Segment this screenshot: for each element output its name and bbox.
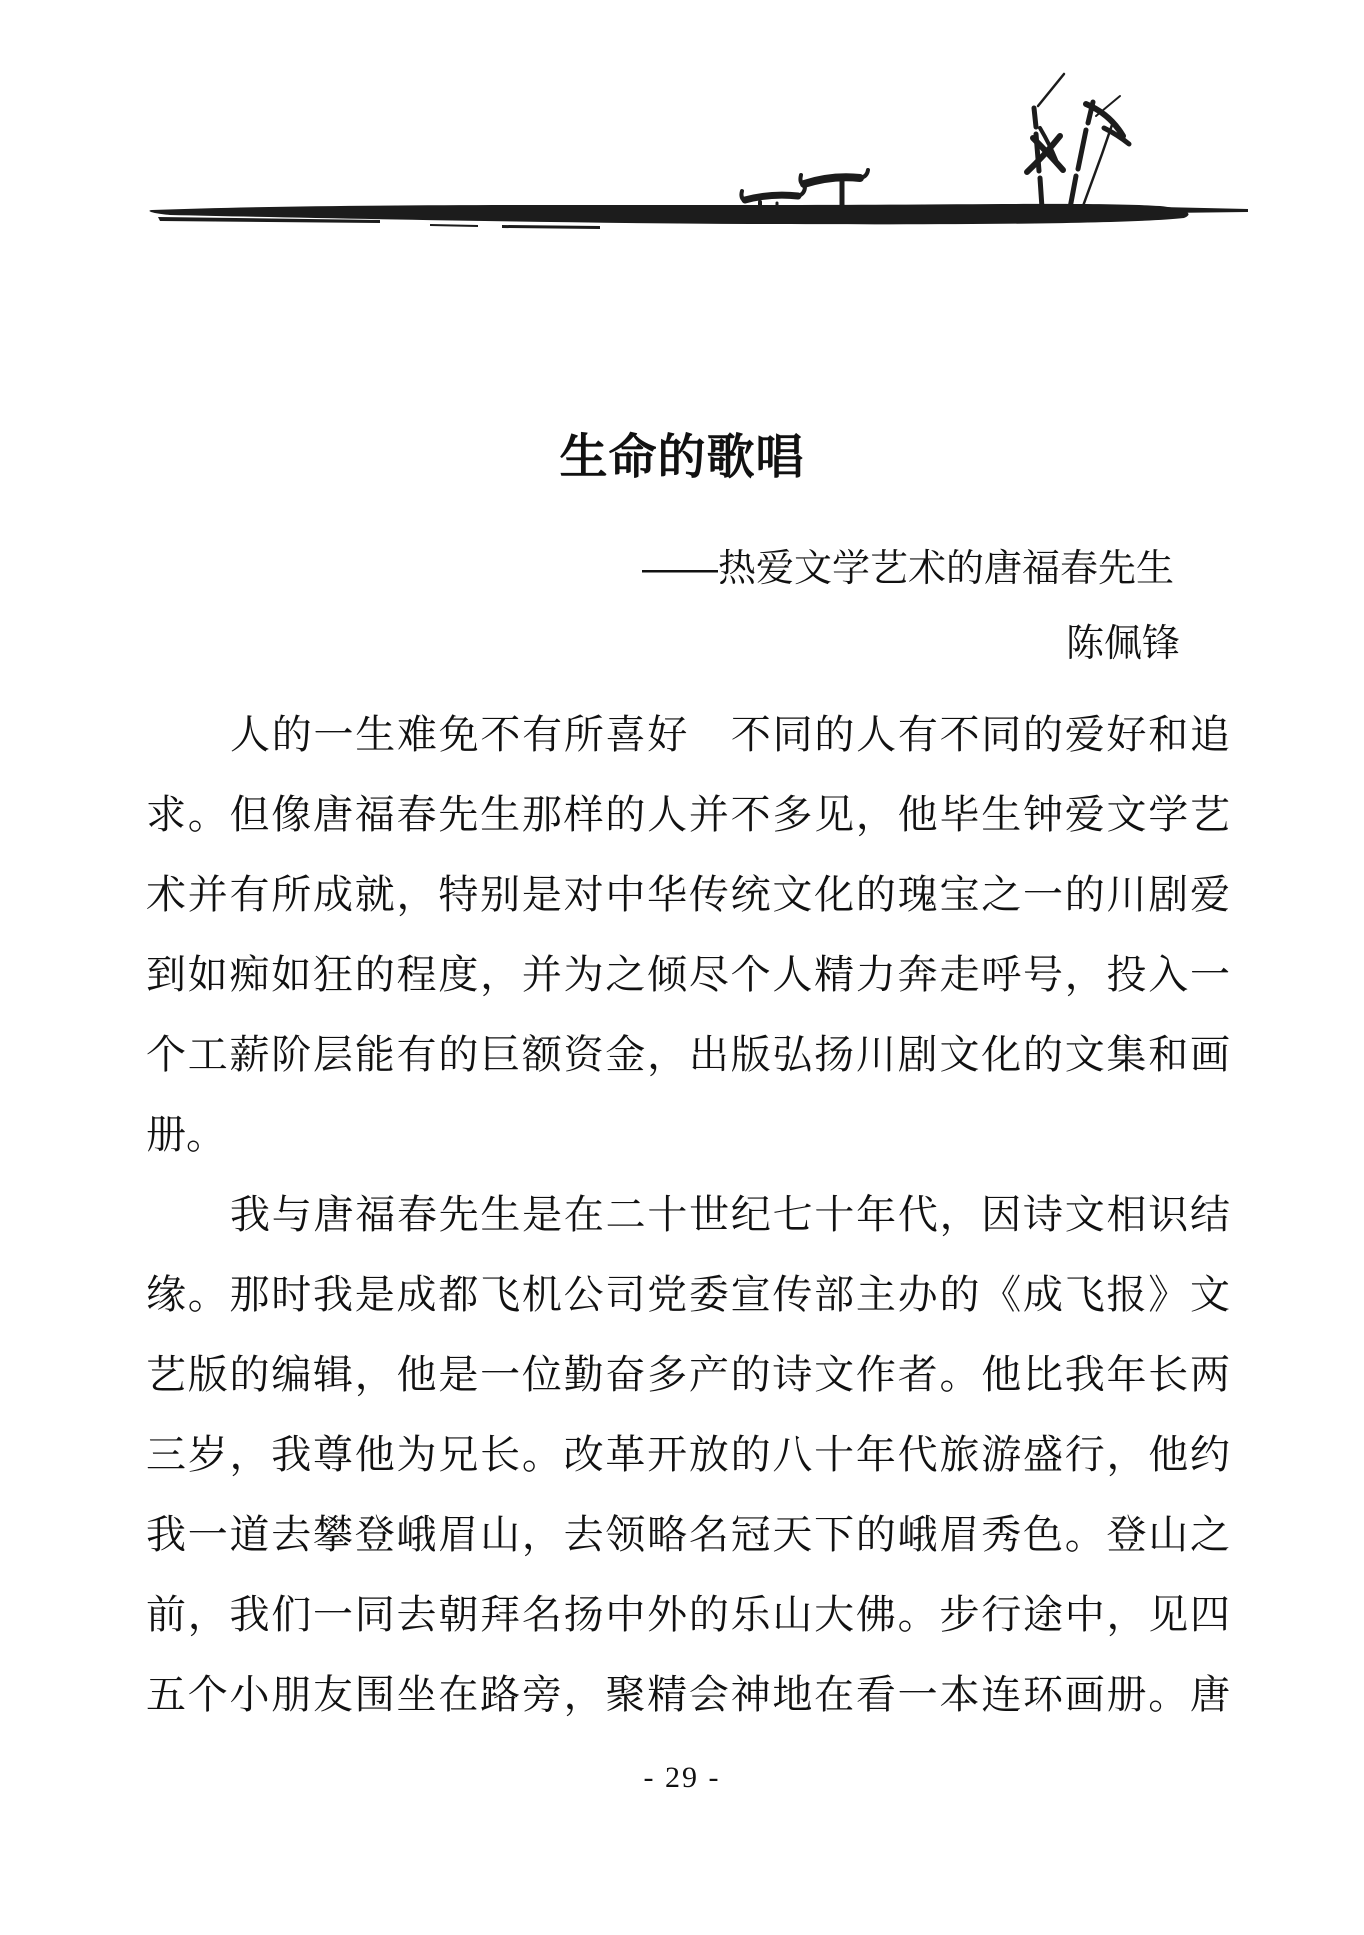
ink-landscape-art [130,58,1250,230]
shoreline-ink-stroke [149,204,1248,229]
paragraph: 人的一生难免不有所喜好 不同的人有不同的爱好和追求。但像唐福春先生那样的人并不多… [146,695,1230,1175]
body-line: 缘。那时我是成都飞机公司党委宣传部主办的《成飞报》文 [146,1255,1230,1335]
body-line: 求。但像唐福春先生那样的人并不多见，他毕生钟爱文学艺 [146,775,1230,855]
body-line: 术并有所成就，特别是对中华传统文化的瑰宝之一的川剧爱 [146,855,1230,935]
body-line: 册。 [146,1095,1230,1175]
body-line: 我一道去攀登峨眉山，去领略名冠天下的峨眉秀色。登山之 [146,1495,1230,1575]
body-line: 人的一生难免不有所喜好 不同的人有不同的爱好和追 [146,695,1230,775]
page-number: - 29 - [0,1761,1364,1795]
body-line: 艺版的编辑，他是一位勤奋多产的诗文作者。他比我年长两 [146,1335,1230,1415]
body-line: 三岁，我尊他为兄长。改革开放的八十年代旅游盛行，他约 [146,1415,1230,1495]
body-line: 五个小朋友围坐在路旁，聚精会神地在看一本连环画册。唐 [146,1655,1230,1735]
bamboo-icon [1027,74,1129,208]
book-page: 生命的歌唱 ——热爱文学艺术的唐福春先生 陈佩锋 人的一生难免不有所喜好 不同的… [0,0,1364,1935]
body-line: 个工薪阶层能有的巨额资金，出版弘扬川剧文化的文集和画 [146,1015,1230,1095]
body-line: 前，我们一同去朝拜名扬中外的乐山大佛。步行途中，见四 [146,1575,1230,1655]
article-body: 人的一生难免不有所喜好 不同的人有不同的爱好和追求。但像唐福春先生那样的人并不多… [146,695,1230,1735]
article-subtitle: ——热爱文学艺术的唐福春先生 [0,537,1364,592]
paragraph: 我与唐福春先生是在二十世纪七十年代，因诗文相识结缘。那时我是成都飞机公司党委宣传… [146,1175,1230,1735]
article-author: 陈佩锋 [0,612,1364,667]
body-line: 我与唐福春先生是在二十世纪七十年代，因诗文相识结 [146,1175,1230,1255]
article-title: 生命的歌唱 [0,418,1364,487]
body-line: 到如痴如狂的程度，并为之倾尽个人精力奔走呼号，投入一 [146,935,1230,1015]
